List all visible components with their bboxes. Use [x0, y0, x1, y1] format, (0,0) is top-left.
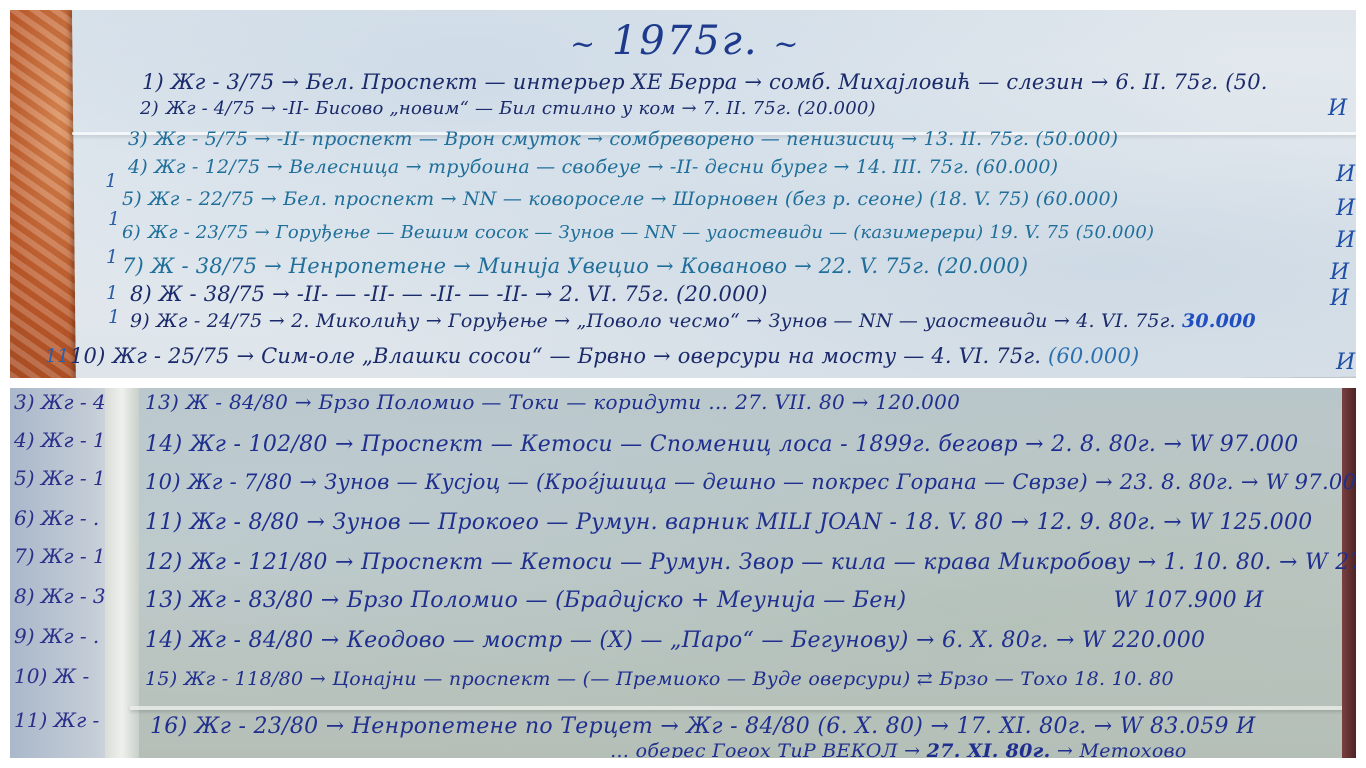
entry-code: Жг - 25/75 — [112, 344, 229, 368]
flourish-left: ~ — [570, 27, 597, 62]
margin-tick: 1 — [106, 282, 118, 304]
entry-date: → 23. 8. 80г. — [1095, 470, 1234, 494]
entry-code: Жг - 24/75 — [156, 310, 262, 332]
back-page-entry: 10) Ж - — [14, 664, 89, 688]
entry-code: Жг - 102/80 — [190, 432, 328, 457]
entry-text: → Сим-оле „Влашки сосои“ — Брвно → оверс… — [236, 344, 1041, 368]
entry-text: → Брзо Поломио — (Брадијско + Меунија — … — [321, 588, 907, 613]
ledger-entry: 10) Жг - 7/80 → Зунов — Кусјоц — (Кроѓјш… — [145, 470, 1356, 494]
entry-number: 10) — [145, 470, 181, 494]
ledger-entry: 4) Жг - 12/75 → Велесница → трубоина — с… — [128, 156, 1058, 178]
ledger-entry: 10) Жг - 25/75 → Сим-оле „Влашки сосои“ … — [70, 344, 1139, 368]
entry-date: → 2. 8. 80г. — [1025, 432, 1156, 457]
ledger-entry: 13) Ж - 84/80 → Брзо Поломио — Токи — ко… — [145, 390, 960, 414]
entry-number: 7) — [122, 254, 144, 278]
year-heading: ~ 1975г. ~ — [570, 18, 800, 64]
entry-text: → Бел. Проспект — интерьер XE Берра → со… — [281, 70, 1218, 94]
ledger-photo-1975: ~ 1975г. ~ 1 1 1 1 1 11 1) Жг - 3/75 → Б… — [10, 10, 1356, 378]
entry-number: 13) — [145, 588, 182, 613]
paid-mark: И — [1330, 260, 1349, 285]
entry-number: 14) — [145, 628, 182, 653]
back-page-entry: 6) Жг - . — [14, 506, 99, 530]
entry-amount: (50. — [1225, 70, 1267, 94]
paid-mark: И — [1328, 96, 1347, 121]
entry-code: Жг - 23/75 — [148, 222, 249, 243]
entry-code: Жг - 83/80 — [190, 588, 314, 613]
entry-number: 6) — [122, 222, 142, 243]
entry-number: 10) — [70, 344, 106, 368]
ledger-photo-1980: 3) Жг - 4 4) Жг - 1 5) Жг - 1 6) Жг - . … — [10, 388, 1356, 758]
ledger-entry: 16) Жг - 23/80 → Ненропетене по Терцет →… — [150, 714, 1256, 739]
entry-text: → Ненропетене → Минија Увецио → Кованово… — [264, 254, 930, 278]
entry-number: 5) — [122, 188, 142, 210]
ledger-entry: 6) Жг - 23/75 → Горуђење — Вешим сосок —… — [122, 222, 1154, 243]
entry-amount: → Метохово — [1057, 740, 1187, 758]
entry-code: Жг - 84/80 — [190, 628, 314, 653]
margin-tick: 1 — [105, 170, 117, 192]
ledger-entry: … оберес Гоеох ТиР ВЕКОЛ → 27. XI. 80г. … — [610, 740, 1187, 758]
paid-mark: И — [1336, 196, 1355, 221]
back-page-entry: 7) Жг - 1 — [14, 544, 106, 568]
entry-text: → Бел. проспект → NN — ковороселе → Шорн… — [261, 188, 923, 210]
entry-amount: (20.000) — [937, 254, 1028, 278]
entry-amount: 30.000 — [1182, 310, 1256, 332]
entry-date: → 12. 9. 80г. — [1011, 510, 1156, 535]
margin-tick: 1 — [106, 246, 118, 268]
margin-tick: 11 — [45, 345, 69, 367]
entry-date: 18. 10. 80 — [1074, 668, 1174, 690]
entry-text: → Проспект — Кетоси — Спомениц лоса - 18… — [335, 432, 1018, 457]
entry-amount: → W 271.100 — [1279, 550, 1356, 575]
entry-code: Жг - 3/75 — [171, 70, 275, 94]
ledger-entry: 3) Жг - 5/75 → -II- проспект — Врон смут… — [128, 128, 1118, 150]
entry-number: 9) — [130, 310, 150, 332]
entry-amount: (20.000) — [797, 98, 876, 119]
paid-mark: И — [1330, 286, 1349, 311]
entry-amount: → W 220.000 — [1056, 628, 1205, 653]
entry-text: → -II- — -II- — -II- — -II- → 2. VI. 75г… — [272, 282, 669, 306]
entry-amount: (60.000) — [1048, 344, 1139, 368]
entry-date: → 1. 10. 80. — [1138, 550, 1272, 575]
entry-text: … оберес Гоеох ТиР ВЕКОЛ → — [610, 740, 920, 758]
ledger-entry: 7) Ж - 38/75 → Ненропетене → Минија Увец… — [122, 254, 1028, 278]
photo-collage: ~ 1975г. ~ 1 1 1 1 1 11 1) Жг - 3/75 → Б… — [0, 0, 1366, 768]
entry-code: Ж - 38/75 — [151, 254, 257, 278]
entry-amount: W 107.900 И — [1114, 588, 1264, 613]
entry-number: 12) — [145, 550, 182, 575]
entry-code: Жг - 118/80 — [184, 668, 304, 690]
margin-tick: 1 — [108, 208, 120, 230]
entry-number: 1) — [142, 70, 164, 94]
ledger-entry: 11) Жг - 8/80 → Зунов — Прокоео — Румун.… — [145, 510, 1313, 535]
year-heading-text: 1975г. — [612, 18, 759, 64]
ledger-entry: 1) Жг - 3/75 → Бел. Проспект — интерьер … — [142, 70, 1268, 94]
entry-date: 19. V. 75 — [989, 222, 1069, 243]
entry-text: → Зунов — Прокоео — Румун. варник MILI J… — [306, 510, 1003, 535]
entry-number: 14) — [145, 432, 182, 457]
paper-edge — [105, 388, 139, 758]
entry-amount: (60.000) — [1036, 188, 1119, 210]
ledger-entry: 2) Жг - 4/75 → -II- Бисово „новим“ — Бил… — [140, 98, 876, 119]
entry-date: → 17. XI. 80г. — [930, 714, 1086, 739]
entry-date: 27. VII. 80 — [735, 390, 845, 414]
ledger-entry: 5) Жг - 22/75 → Бел. проспект → NN — ков… — [122, 188, 1118, 210]
entry-date: 27. XI. 80г. — [927, 740, 1051, 758]
entry-code: Жг - 5/75 — [154, 128, 248, 150]
back-page-entry: 11) Жг - — [14, 708, 99, 732]
entry-amount: → W 97.000 — [1164, 432, 1299, 457]
entry-text: → Ненропетене по Терцет → Жг - 84/80 (6.… — [326, 714, 923, 739]
entry-amount: → W 125.000 — [1163, 510, 1312, 535]
ledger-entry: 14) Жг - 102/80 → Проспект — Кетоси — Сп… — [145, 432, 1299, 457]
entry-text: → Проспект — Кетоси — Румун. Звор — кила… — [335, 550, 1130, 575]
entry-code: Ж - 84/80 — [186, 390, 288, 414]
entry-amount: (60.000) — [975, 156, 1058, 178]
paid-mark: И — [1336, 350, 1355, 375]
ledger-entry: 14) Жг - 84/80 → Кеодово — мостр — (X) —… — [145, 628, 1205, 653]
entry-number: 2) — [140, 98, 160, 119]
entry-amount: (20.000) — [676, 282, 767, 306]
back-page-entry: 5) Жг - 1 — [14, 466, 106, 490]
ledger-entry: 9) Жг - 24/75 → 2. Миколићу → Горуђење →… — [130, 310, 1256, 332]
entry-amount: (50.000) — [1076, 222, 1155, 243]
ledger-entry: 13) Жг - 83/80 → Брзо Поломио — (Брадијс… — [145, 588, 1264, 613]
entry-text: → Брзо Поломио — Токи — коридути … — [295, 390, 729, 414]
entry-text: → Велесница → трубоина — свобеуе → -II- … — [267, 156, 969, 178]
entry-number: 11) — [145, 510, 182, 535]
entry-date: (18. V. 75) — [929, 188, 1029, 210]
entry-text: → -II- Бисово „новим“ — Бил стилно у ком… — [261, 98, 791, 119]
ledger-entry: 12) Жг - 121/80 → Проспект — Кетоси — Ру… — [145, 550, 1356, 575]
paid-mark: И — [1336, 228, 1355, 253]
back-page-entry: 9) Жг - . — [14, 624, 99, 648]
entry-text: → Зунов — Кусјоц — (Кроѓјшица — дешно — … — [299, 470, 1088, 494]
entry-amount: → 120.000 — [852, 390, 961, 414]
entry-text: → Горуђење — Вешим сосок — Зунов — NN — … — [255, 222, 984, 243]
back-page-entry: 3) Жг - 4 — [14, 390, 106, 414]
entry-text: → -II- проспект — Врон смуток → сомбрево… — [254, 128, 1029, 150]
entry-code: Жг - 12/75 — [154, 156, 260, 178]
entry-text: → 2. Миколићу → Горуђење → „Поволо чесмо… — [269, 310, 1176, 332]
entry-date: → 6. X. 80г. — [916, 628, 1049, 653]
entry-code: Жг - 7/80 — [188, 470, 293, 494]
entry-number: 15) — [145, 668, 178, 690]
entry-code: Жг - 22/75 — [148, 188, 254, 210]
flourish-right: ~ — [773, 27, 800, 62]
entry-amount: → W 97.000 — [1241, 470, 1356, 494]
margin-tick: 1 — [108, 306, 120, 328]
paper-fold — [130, 706, 1356, 710]
entry-text: → Цонајни — проспект — (— Премиоко — Вуд… — [310, 668, 1068, 690]
back-page-entry: 8) Жг - 3 — [14, 584, 106, 608]
entry-code: Жг - 4/75 — [166, 98, 255, 119]
entry-code: Жг - 121/80 — [190, 550, 328, 575]
back-page-entry: 4) Жг - 1 — [14, 428, 106, 452]
ledger-entry: 15) Жг - 118/80 → Цонајни — проспект — (… — [145, 668, 1174, 690]
entry-code: Жг - 23/80 — [195, 714, 319, 739]
entry-text: → Кеодово — мостр — (X) — „Паро“ — Бегун… — [321, 628, 909, 653]
entry-number: 3) — [128, 128, 148, 150]
ledger-entry: 8) Ж - 38/75 → -II- — -II- — -II- — -II-… — [130, 282, 768, 306]
entry-code: Ж - 38/75 — [159, 282, 265, 306]
paid-mark: И — [1336, 162, 1355, 187]
entry-code: Жг - 8/80 — [190, 510, 299, 535]
entry-number: 8) — [130, 282, 152, 306]
entry-number: 16) — [150, 714, 187, 739]
entry-amount: (50.000) — [1035, 128, 1118, 150]
entry-number: 4) — [128, 156, 148, 178]
entry-number: 13) — [145, 390, 179, 414]
entry-amount: → W 83.059 И — [1094, 714, 1256, 739]
